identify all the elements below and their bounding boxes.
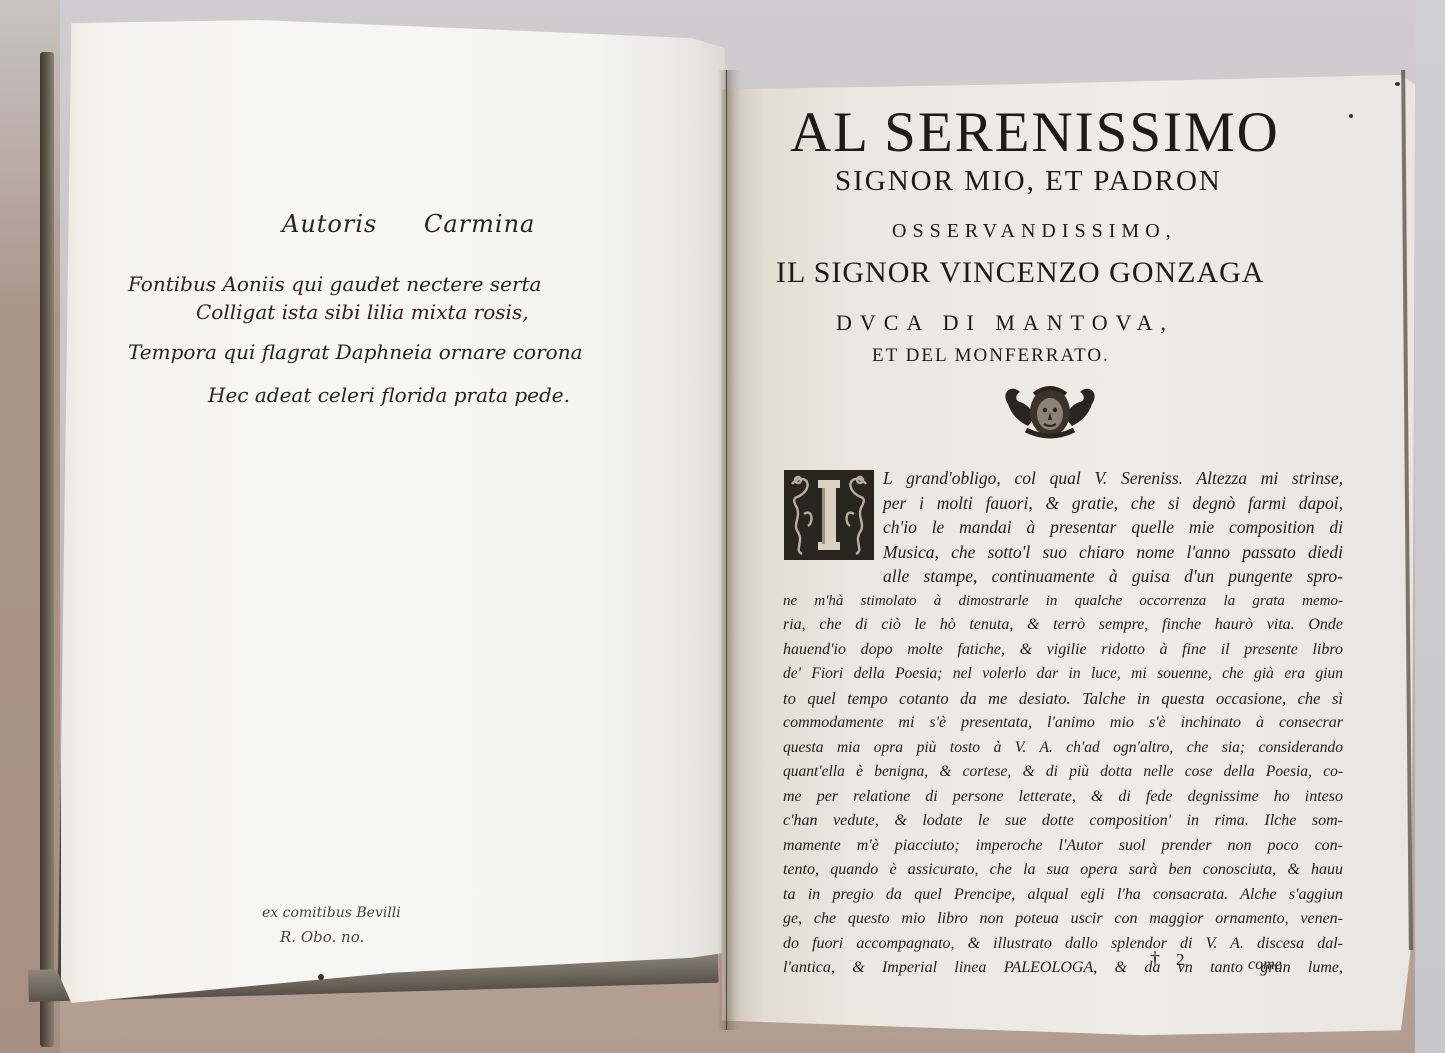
body-line: mamente m'è piacciuto; imperoche l'Autor…: [783, 834, 1343, 859]
body-line: ta in pregio da quel Prencipe, alqual eg…: [783, 883, 1343, 908]
provenance-note-line-2: R. Obo. no.: [280, 928, 364, 946]
dedication-heading-line-4: IL SIGNOR VINCENZO GONZAGA: [776, 256, 1264, 290]
body-line: per i molti fauori, & gratie, che si deg…: [783, 491, 1343, 516]
dedication-heading-line-6: ET DEL MONFERRATO.: [872, 345, 1110, 367]
body-line: tento, quando è assicurato, che la sua o…: [783, 858, 1343, 883]
dedication-heading-line-5: DVCA DI MANTOVA,: [836, 310, 1174, 336]
handwritten-title-word-1: Autoris: [282, 210, 377, 238]
catchword: come: [1248, 956, 1282, 974]
body-line: c'han vedute, & lodate le sue dotte comp…: [783, 809, 1343, 834]
dedication-heading-line-3: OSSERVANDISSIMO,: [892, 220, 1177, 243]
handwritten-title: Autoris Carmina: [282, 210, 573, 238]
paper-stain: [318, 974, 324, 980]
body-line: alle stampe, continuamente à guisa d'un …: [783, 564, 1343, 589]
dedication-heading-line-1: AL SERENISSIMO: [790, 100, 1280, 165]
body-line: ge, che questo mio libro non poteua usci…: [783, 907, 1343, 932]
book-gutter-shadow: [718, 70, 742, 1030]
body-line: quant'ella è benigna, & cortese, & di pi…: [783, 760, 1343, 785]
body-line: ch'io le mandai à presentar quelle mie c…: [783, 515, 1343, 540]
body-line: L grand'obligo, col qual V. Sereniss. Al…: [783, 466, 1343, 491]
body-line: Musica, che sotto'l suo chiaro nome l'an…: [783, 540, 1343, 565]
body-line: to quel tempo cotanto da me desiato. Tal…: [783, 687, 1343, 712]
provenance-note-line-1: ex comitibus Bevilli: [262, 905, 401, 921]
body-line: questa mia opra più tosto à V. A. ch'ad …: [783, 736, 1343, 761]
left-page: [58, 8, 725, 1013]
signature-dagger: †: [1150, 948, 1160, 970]
background-surface-right: [1415, 0, 1445, 1053]
body-line: do fuori accompagnato, & illustrato dall…: [783, 932, 1343, 957]
mask-ornament-icon: [998, 382, 1102, 440]
poem-line-4: Hec adeat celeri florida prata pede.: [208, 383, 570, 407]
signature-number: 2: [1176, 950, 1185, 969]
body-line: de' Fiori della Poesia; nel volerlo dar …: [783, 662, 1343, 687]
poem-line-2: Colligat ista sibi lilia mixta rosis,: [196, 300, 529, 324]
dedication-body-text: L grand'obligo, col qual V. Sereniss. Al…: [783, 466, 1343, 981]
body-line: ria, che di ciò le hò tenuta, & terrò se…: [783, 613, 1343, 638]
book-gutter-fold: [726, 70, 727, 1030]
body-line: hauend'io dopo molte fatiche, & vigilie …: [783, 638, 1343, 663]
poem-line-3: Tempora qui flagrat Daphneia ornare coro…: [128, 340, 583, 364]
paper-stain: [1349, 114, 1353, 118]
paper-stain: [1395, 82, 1400, 86]
handwritten-title-word-2: Carmina: [424, 210, 535, 238]
poem-line-1: Fontibus Aoniis qui gaudet nectere serta: [128, 272, 541, 296]
body-line: commodamente mi s'è presentata, l'animo …: [783, 711, 1343, 736]
body-line: ne m'hà stimolato à dimostrarle in qualc…: [783, 589, 1343, 614]
signature-mark: †2: [1150, 948, 1185, 971]
book-cover-edge-left: [40, 52, 54, 1047]
dedication-heading-line-2: SIGNOR MIO, ET PADRON: [835, 165, 1222, 198]
body-line: me per relatione di persone letterate, &…: [783, 785, 1343, 810]
